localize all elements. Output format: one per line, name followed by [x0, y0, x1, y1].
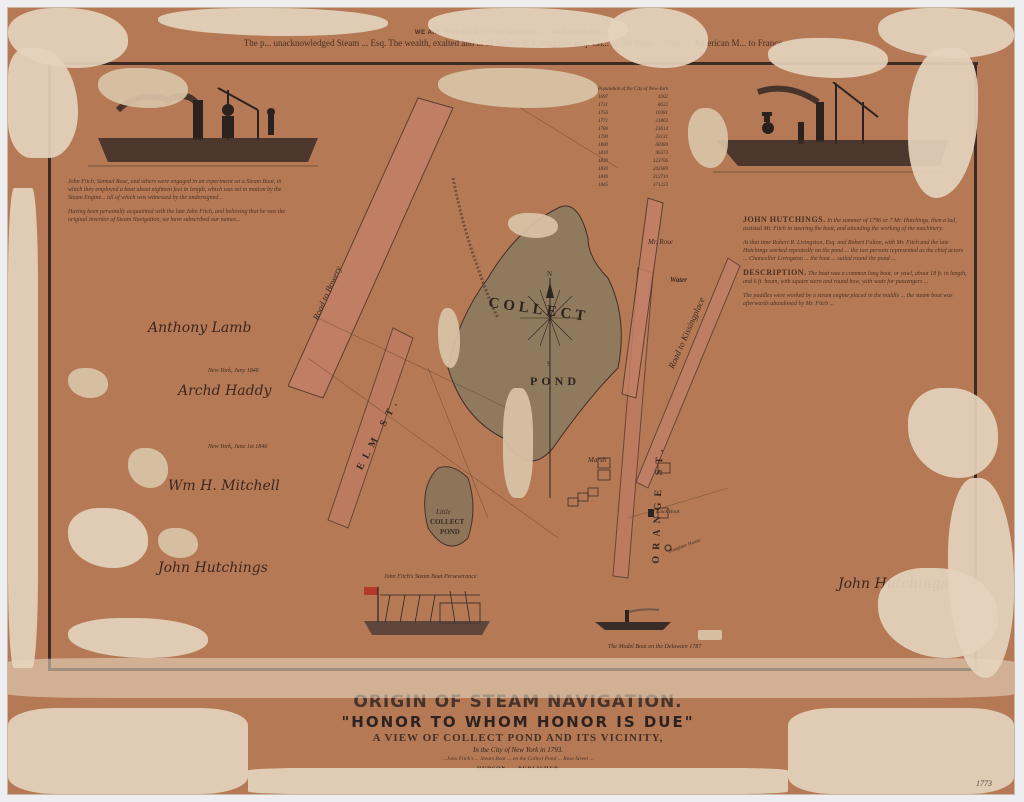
label-mr-rose: Mr. Rose: [648, 238, 673, 246]
left-date-2: New York, June 1st 1846: [208, 444, 267, 450]
catalog-number: 1773: [976, 779, 992, 788]
compass-south: S: [547, 360, 551, 368]
subtitle: A VIEW OF COLLECT POND AND ITS VICINITY,: [248, 732, 788, 744]
signature-john-hutchings-left: John Hutchings: [158, 560, 268, 576]
motto: "HONOR TO WHOM HONOR IS DUE": [248, 713, 788, 731]
right-heading: JOHN HUTCHINGS.: [743, 216, 826, 224]
signature-archd-haddy: Archd Haddy: [178, 383, 271, 399]
little-pond-label-2: COLLECT: [430, 518, 464, 526]
title-block: ORIGIN OF STEAM NAVIGATION. "HONOR TO WH…: [248, 692, 788, 772]
place-date: In the City of New York in 1793.: [248, 746, 788, 754]
signature-anthony-lamb: Anthony Lamb: [148, 320, 251, 336]
description-heading: DESCRIPTION.: [743, 268, 807, 277]
caption-model-boat: The Model Boat on the Delaware 1787: [608, 644, 701, 650]
little-pond-label-3: POND: [440, 528, 460, 536]
left-text-column: John Fitch, Samuel Rose, and others were…: [68, 178, 288, 668]
label-water: Water: [670, 276, 687, 284]
broadside-sheet: WE ARE INDEBTED TO THE ORIGINAL ... AND …: [8, 8, 1014, 794]
model-boat-illustration: [593, 606, 673, 636]
label-brewery: Kalck Hook: [656, 510, 680, 515]
signature-wm-mitchell: Wm H. Mitchell: [168, 478, 280, 494]
left-date-1: New York, Jany 1846: [208, 368, 259, 374]
caption-fitch-steamboat: John Fitch's Steam Boat Perseverance: [384, 574, 477, 580]
pond-label-pond: POND: [530, 374, 580, 389]
compass-north: N: [547, 270, 552, 278]
little-pond-label-1: Little: [436, 508, 451, 516]
fitch-steamboat-illustration: [360, 583, 500, 643]
label-marsh: Marsh: [588, 456, 606, 464]
title-note: ...John Fitch's ... Steam Boat ... on th…: [248, 756, 788, 762]
